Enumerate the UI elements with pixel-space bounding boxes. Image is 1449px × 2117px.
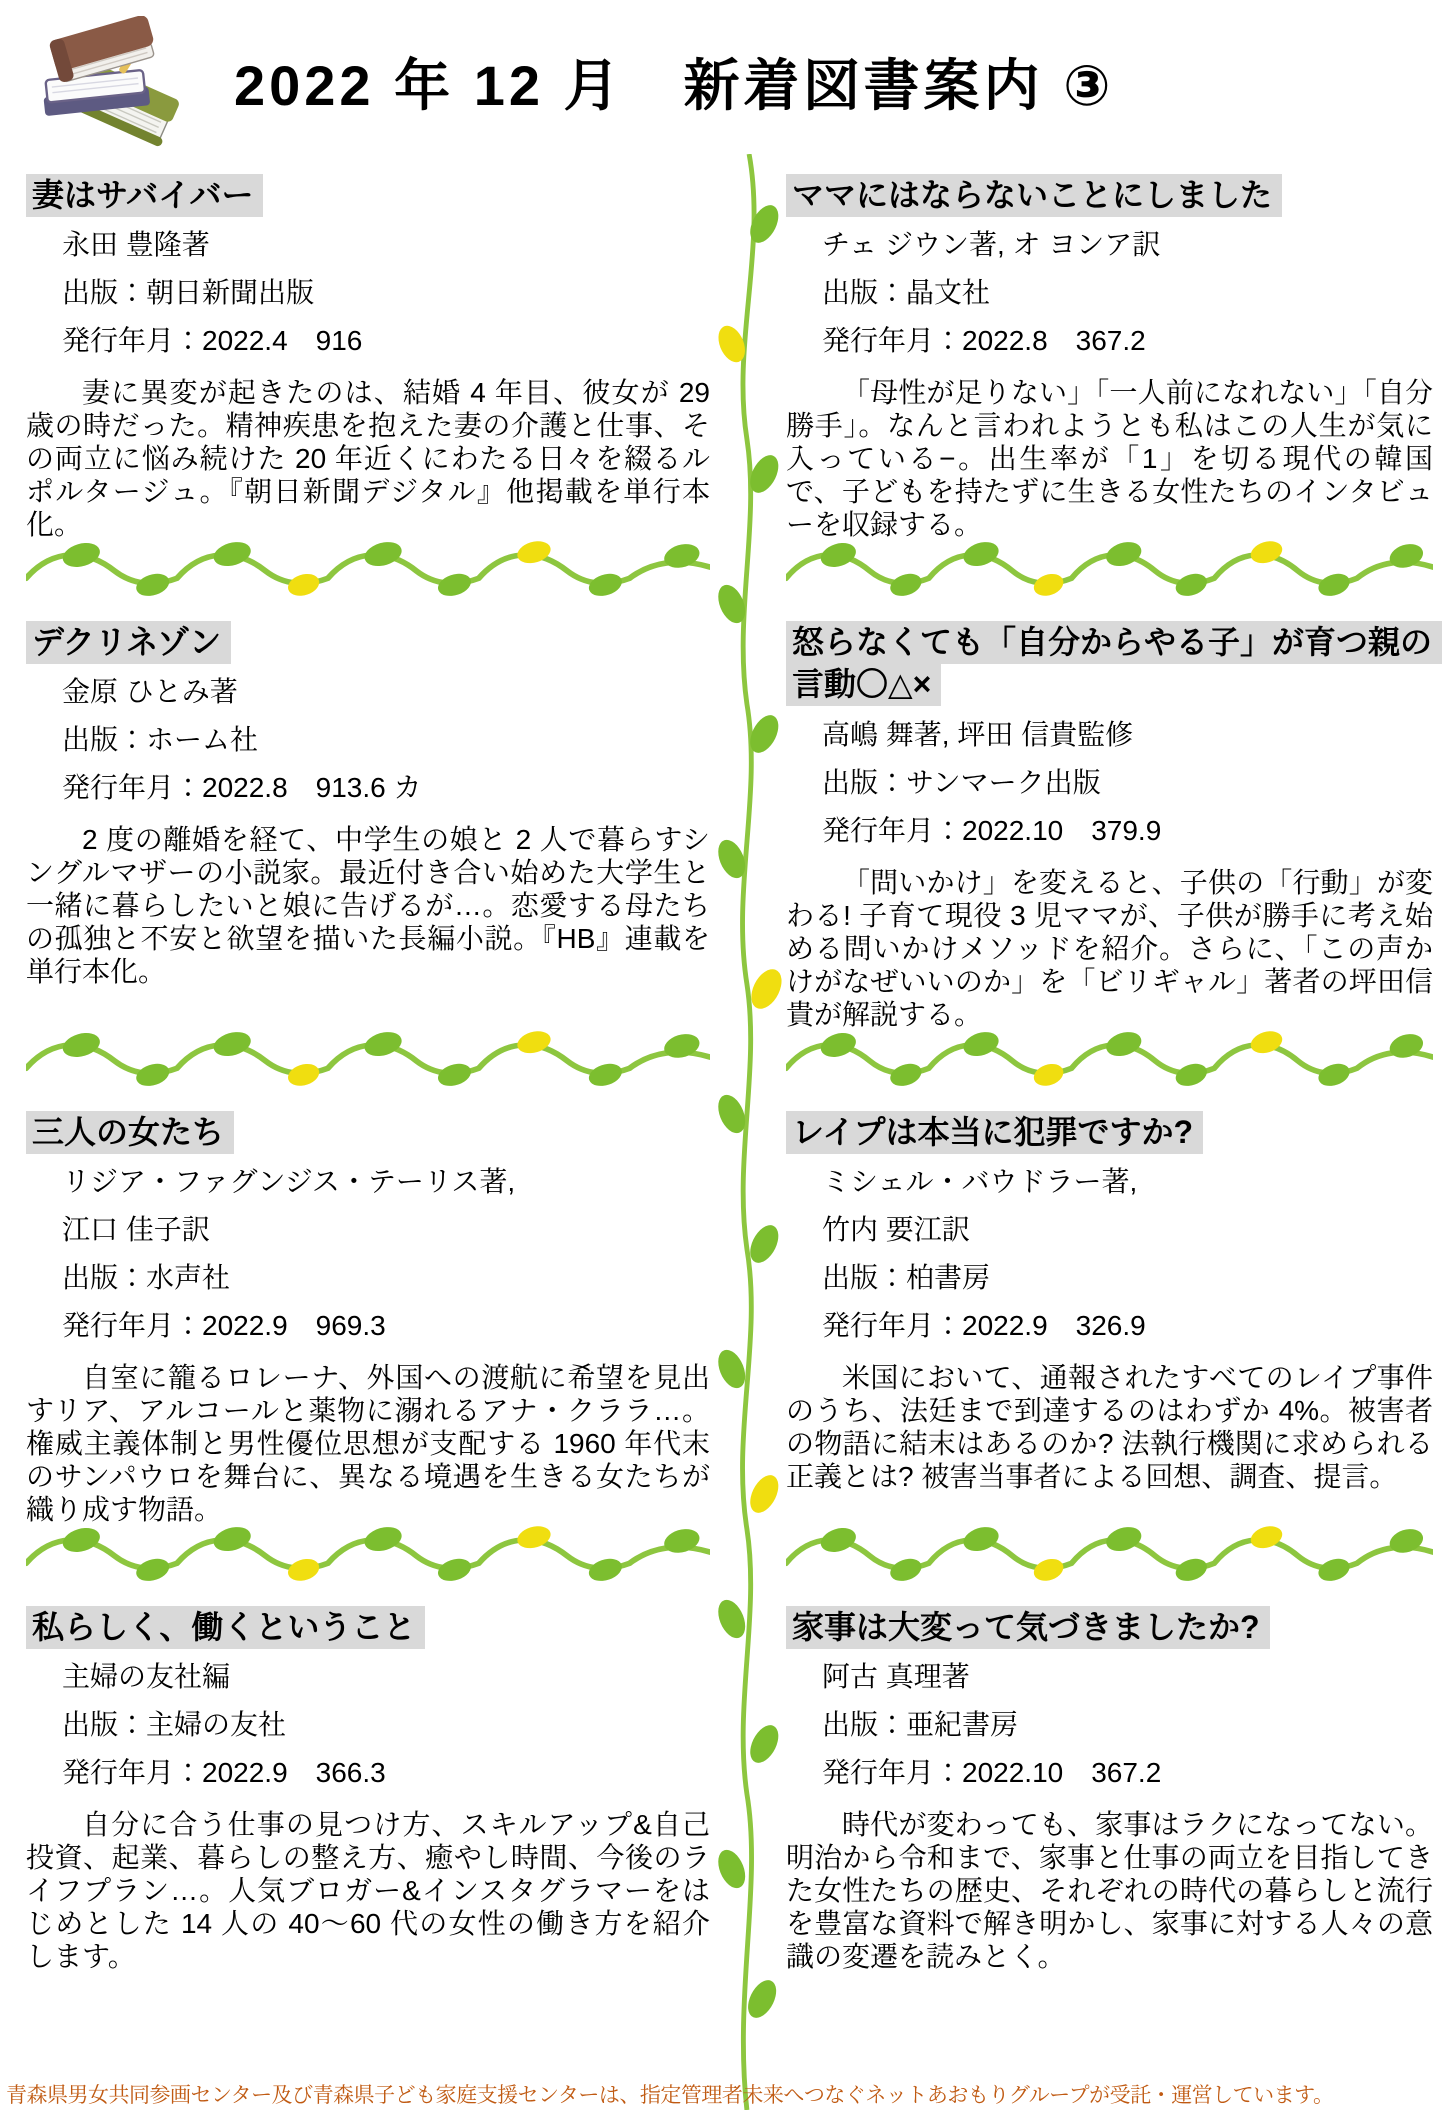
- book-meta: 高嶋 舞著, 坪田 信貴監修 出版：サンマーク出版 発行年月：2022.10 3…: [786, 718, 1433, 848]
- book-title: 怒らなくても「自分からやる子」が育つ親の言動〇△×: [786, 621, 1433, 705]
- book-entry: レイプは本当に犯罪ですか? ミシェル・バウドラー著, 竹内 要江訳 出版：柏書房…: [786, 1087, 1433, 1526]
- book-author: 主婦の友社編: [62, 1660, 710, 1694]
- column-gap: [710, 597, 786, 1030]
- page-header: 2022 年 12 月 新着図書案内 ③: [0, 0, 1449, 150]
- book-title: 私らしく、働くということ: [26, 1606, 710, 1648]
- book-list: 妻はサバイバー 永田 豊隆著 出版：朝日新聞出版 発行年月：2022.4 916…: [26, 150, 1433, 1973]
- vine-divider-icon: [26, 1031, 710, 1087]
- book-publisher: 出版：水声社: [62, 1261, 710, 1295]
- column-gap: [710, 150, 786, 541]
- book-entry: 三人の女たち リジア・ファグンジス・テーリス著, 江口 佳子訳 出版：水声社 発…: [26, 1087, 710, 1526]
- book-title: 妻はサバイバー: [26, 174, 710, 216]
- book-issue: 発行年月：2022.10 379.9: [822, 814, 1433, 848]
- vine-divider-icon: [786, 1526, 1433, 1582]
- row-3: 三人の女たち リジア・ファグンジス・テーリス著, 江口 佳子訳 出版：水声社 発…: [26, 1087, 1433, 1526]
- book-description: 「母性が足りない」「一人前になれない」「自分勝手」。なんと言われようとも私はこの…: [786, 376, 1433, 541]
- book-publisher: 出版：柏書房: [822, 1261, 1433, 1295]
- book-title: ママにはならないことにしました: [786, 174, 1433, 216]
- book-description: 時代が変わっても、家事はラクになってない。明治から令和まで、家事と仕事の両立を目…: [786, 1808, 1433, 1973]
- book-entry: 家事は大変って気づきましたか? 阿古 真理著 出版：亜紀書房 発行年月：2022…: [786, 1582, 1433, 1973]
- book-author: ミシェル・バウドラー著,: [822, 1165, 1433, 1199]
- book-author: リジア・ファグンジス・テーリス著,: [62, 1165, 710, 1199]
- vine-divider-icon: [786, 1031, 1433, 1087]
- book-title: 三人の女たち: [26, 1111, 710, 1153]
- vine-divider-icon: [786, 541, 1433, 597]
- divider-row: [26, 1031, 1433, 1087]
- row-4: 私らしく、働くということ 主婦の友社編 出版：主婦の友社 発行年月：2022.9…: [26, 1582, 1433, 1973]
- book-issue: 発行年月：2022.4 916: [62, 324, 710, 358]
- book-title: デクリネゾン: [26, 621, 710, 663]
- books-icon: [30, 16, 190, 148]
- book-meta: 阿古 真理著 出版：亜紀書房 発行年月：2022.10 367.2: [786, 1660, 1433, 1790]
- book-entry: ママにはならないことにしました チェ ジウン著, オ ヨンア訳 出版：晶文社 発…: [786, 150, 1433, 541]
- book-title: 家事は大変って気づきましたか?: [786, 1606, 1433, 1648]
- book-translator: 竹内 要江訳: [822, 1213, 1433, 1247]
- book-issue: 発行年月：2022.9 326.9: [822, 1309, 1433, 1343]
- row-2: デクリネゾン 金原 ひとみ著 出版：ホーム社 発行年月：2022.8 913.6…: [26, 597, 1433, 1030]
- column-gap: [710, 541, 786, 597]
- book-issue: 発行年月：2022.9 366.3: [62, 1756, 710, 1790]
- book-entry: 私らしく、働くということ 主婦の友社編 出版：主婦の友社 発行年月：2022.9…: [26, 1582, 710, 1973]
- divider-row: [26, 1526, 1433, 1582]
- footer-note: 青森県男女共同参画センター及び青森県子ども家庭支援センターは、指定管理者未来へつ…: [6, 2079, 1445, 2109]
- book-meta: 主婦の友社編 出版：主婦の友社 発行年月：2022.9 366.3: [26, 1660, 710, 1790]
- book-publisher: 出版：サンマーク出版: [822, 766, 1433, 800]
- book-entry: 妻はサバイバー 永田 豊隆著 出版：朝日新聞出版 発行年月：2022.4 916…: [26, 150, 710, 541]
- book-meta: 金原 ひとみ著 出版：ホーム社 発行年月：2022.8 913.6 カ: [26, 675, 710, 805]
- book-description: 妻に異変が起きたのは、結婚 4 年目、彼女が 29 歳の時だった。精神疾患を抱え…: [26, 376, 710, 541]
- book-entry: 怒らなくても「自分からやる子」が育つ親の言動〇△× 高嶋 舞著, 坪田 信貴監修…: [786, 597, 1433, 1030]
- book-issue: 発行年月：2022.8 913.6 カ: [62, 771, 710, 805]
- book-meta: 永田 豊隆著 出版：朝日新聞出版 発行年月：2022.4 916: [26, 228, 710, 358]
- book-issue: 発行年月：2022.9 969.3: [62, 1309, 710, 1343]
- book-description: 米国において、通報されたすべてのレイプ事件のうち、法廷まで到達するのはわずか 4…: [786, 1361, 1433, 1493]
- book-publisher: 出版：ホーム社: [62, 723, 710, 757]
- book-description: 自分に合う仕事の見つけ方、スキルアップ&自己投資、起業、暮らしの整え方、癒やし時…: [26, 1808, 710, 1973]
- book-translator: 江口 佳子訳: [62, 1213, 710, 1247]
- book-publisher: 出版：晶文社: [822, 276, 1433, 310]
- book-meta: リジア・ファグンジス・テーリス著, 江口 佳子訳 出版：水声社 発行年月：202…: [26, 1165, 710, 1343]
- column-gap: [710, 1031, 786, 1087]
- book-description: 自室に籠るロレーナ、外国への渡航に希望を見出すリア、アルコールと薬物に溺れるアナ…: [26, 1361, 710, 1526]
- book-meta: チェ ジウン著, オ ヨンア訳 出版：晶文社 発行年月：2022.8 367.2: [786, 228, 1433, 358]
- book-author: 永田 豊隆著: [62, 228, 710, 262]
- book-publisher: 出版：朝日新聞出版: [62, 276, 710, 310]
- column-gap: [710, 1582, 786, 1973]
- book-meta: ミシェル・バウドラー著, 竹内 要江訳 出版：柏書房 発行年月：2022.9 3…: [786, 1165, 1433, 1343]
- column-gap: [710, 1526, 786, 1582]
- book-description: 「問いかけ」を変えると、子供の「行動」が変わる! 子育て現役 3 児ママが、子供…: [786, 866, 1433, 1031]
- row-1: 妻はサバイバー 永田 豊隆著 出版：朝日新聞出版 発行年月：2022.4 916…: [26, 150, 1433, 541]
- book-author: 高嶋 舞著, 坪田 信貴監修: [822, 718, 1433, 752]
- book-description: 2 度の離婚を経て、中学生の娘と 2 人で暮らすシングルマザーの小説家。最近付き…: [26, 823, 710, 988]
- book-publisher: 出版：主婦の友社: [62, 1708, 710, 1742]
- book-author: 金原 ひとみ著: [62, 675, 710, 709]
- page-title: 2022 年 12 月 新着図書案内 ③: [234, 42, 1115, 122]
- book-author: チェ ジウン著, オ ヨンア訳: [822, 228, 1433, 262]
- column-gap: [710, 1087, 786, 1526]
- book-publisher: 出版：亜紀書房: [822, 1708, 1433, 1742]
- book-title: レイプは本当に犯罪ですか?: [786, 1111, 1433, 1153]
- divider-row: [26, 541, 1433, 597]
- book-issue: 発行年月：2022.10 367.2: [822, 1756, 1433, 1790]
- book-entry: デクリネゾン 金原 ひとみ著 出版：ホーム社 発行年月：2022.8 913.6…: [26, 597, 710, 1030]
- vine-divider-icon: [26, 541, 710, 597]
- book-author: 阿古 真理著: [822, 1660, 1433, 1694]
- vine-divider-icon: [26, 1526, 710, 1582]
- book-issue: 発行年月：2022.8 367.2: [822, 324, 1433, 358]
